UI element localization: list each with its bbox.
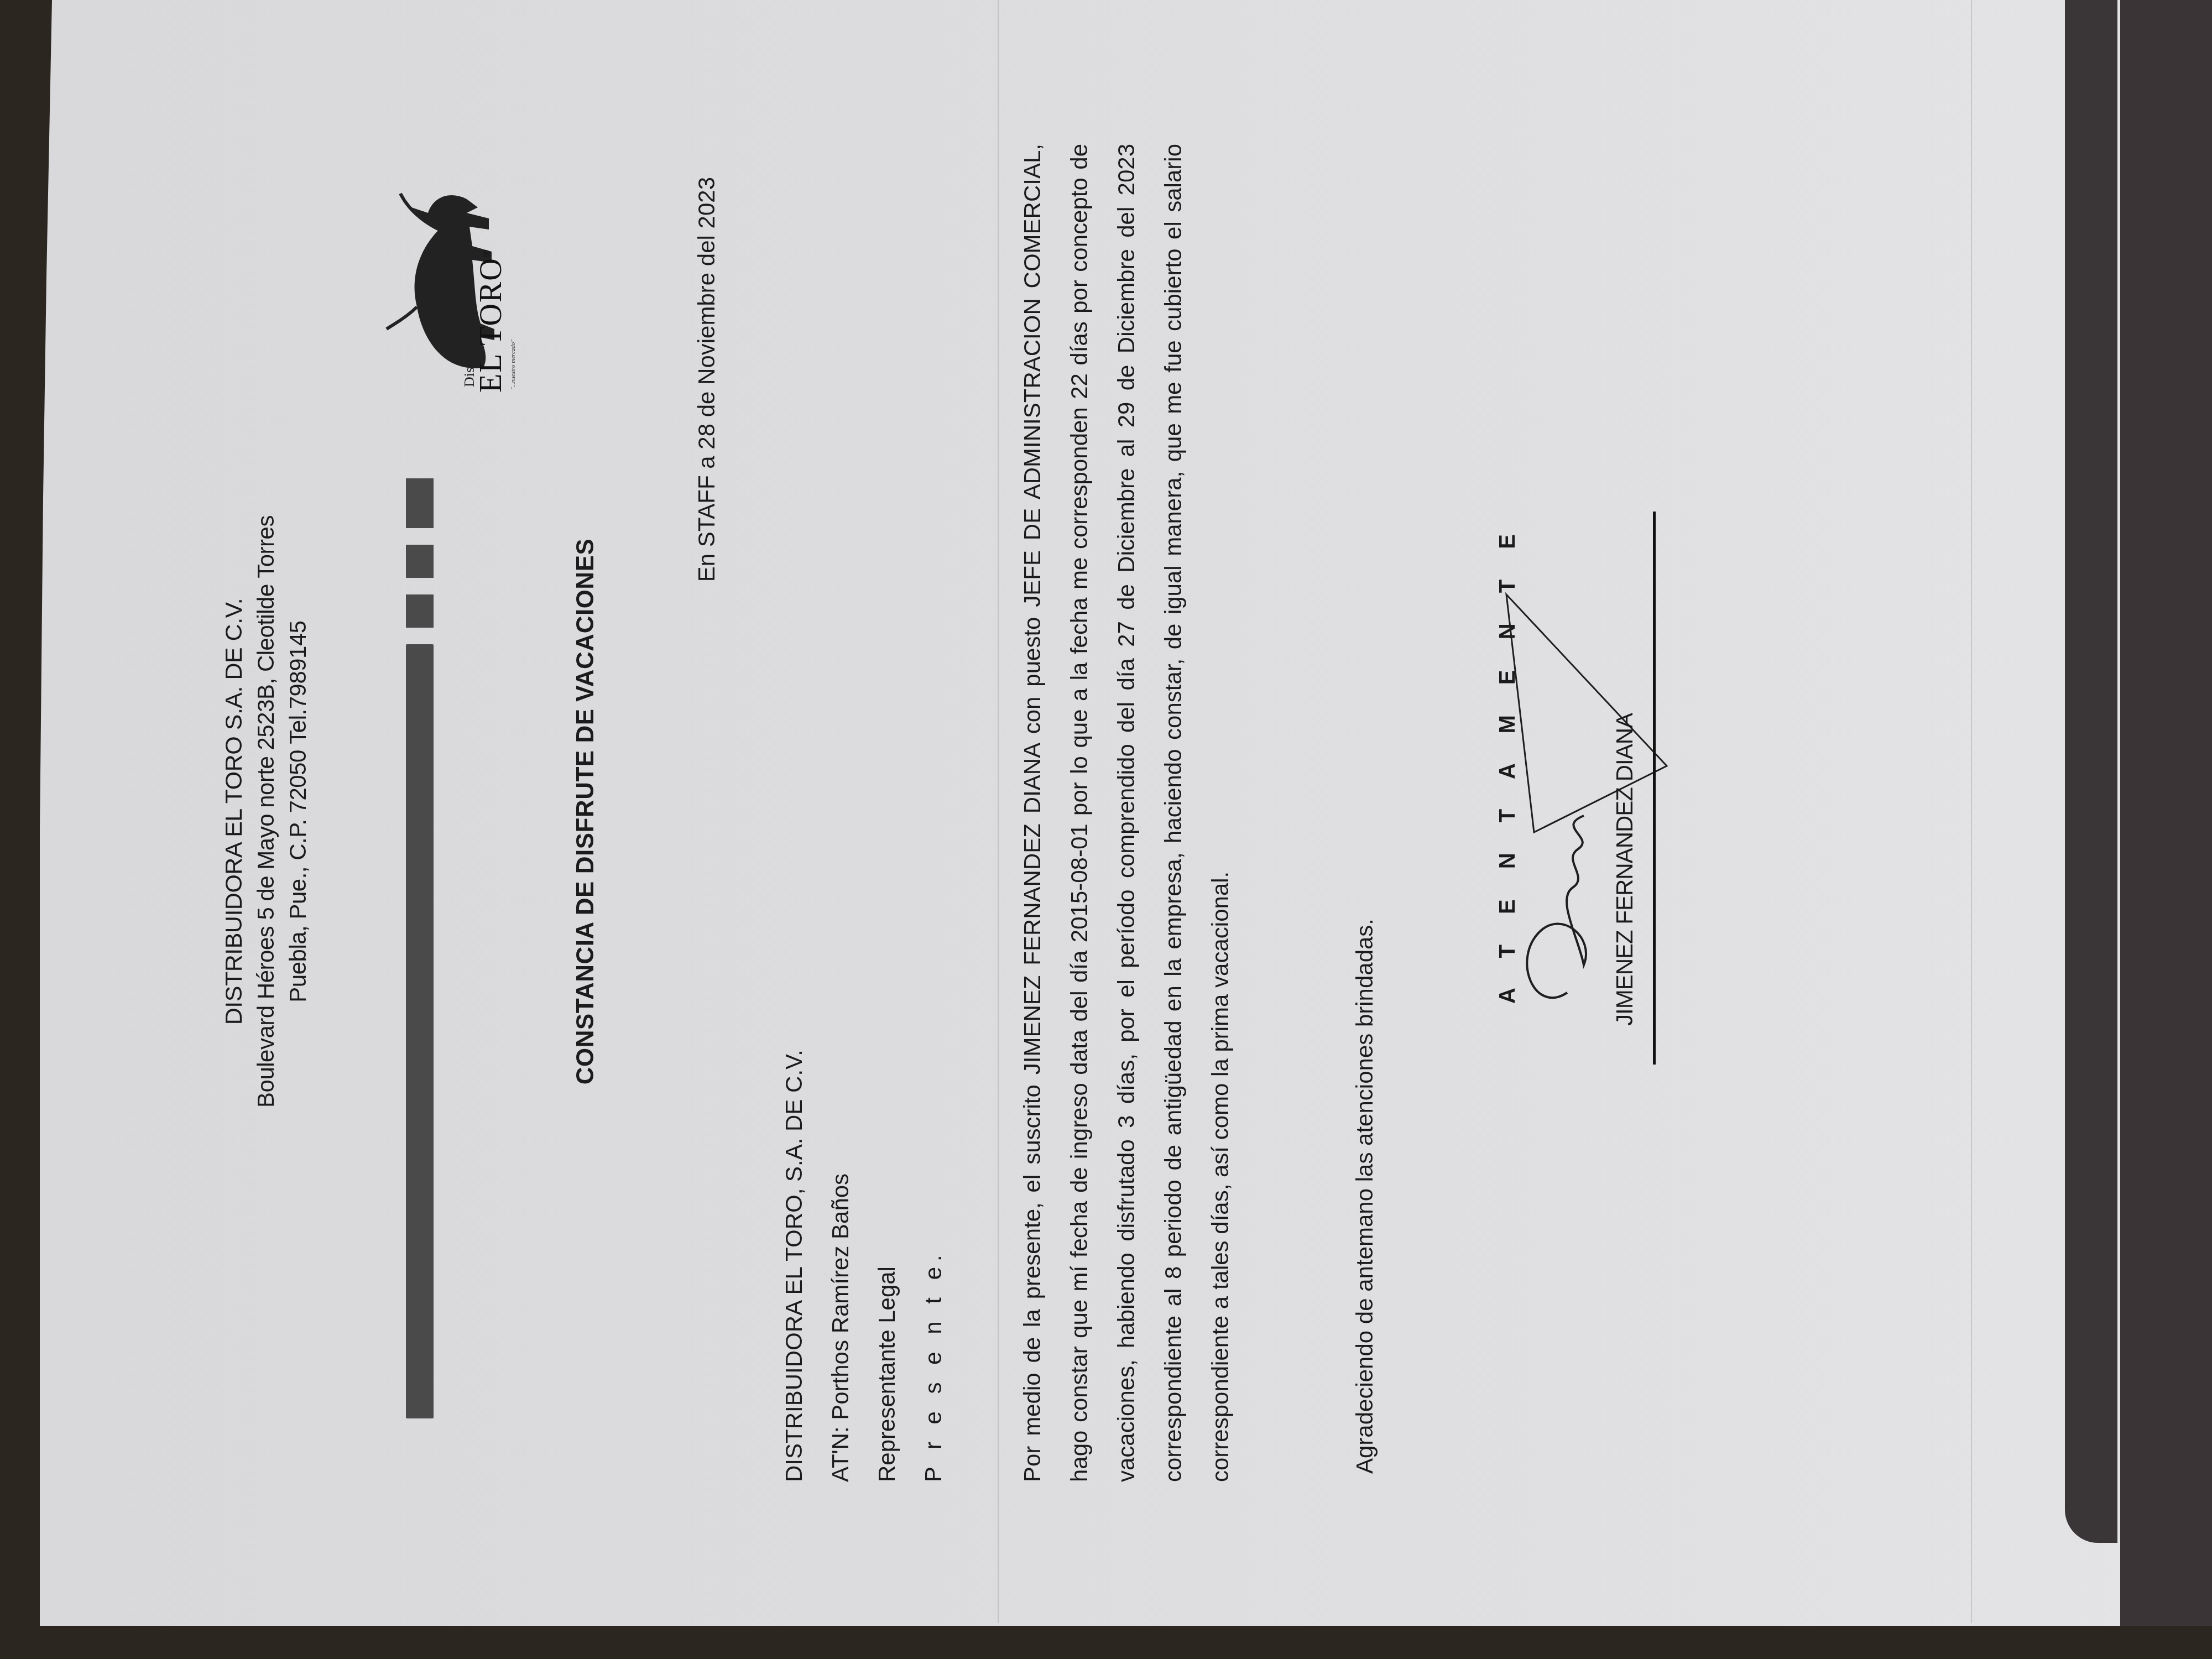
- logo-tagline: "...nuestro mercado": [510, 340, 517, 390]
- logo-brand-text: EL TORO: [474, 257, 508, 393]
- date-line: En STAFF a 28 de Noviembre del 2023: [693, 177, 720, 582]
- letterhead-company: DISTRIBUIDORA EL TORO S.A. DE C.V.: [218, 0, 250, 1623]
- logo-el-toro: EL TORO®: [473, 249, 509, 393]
- document-page: DISTRIBUIDORA EL TORO S.A. DE C.V. Boule…: [80, 0, 2212, 1623]
- fold-line: [1971, 0, 1972, 1623]
- letterhead-address-2: Puebla, Pue., C.P. 72050 Tel.7989145: [282, 0, 314, 1623]
- fold-line: [998, 0, 999, 1623]
- header-bar-segment: [406, 594, 434, 628]
- body-paragraph: Por medio de la presente, el suscrito JI…: [1009, 144, 1244, 1482]
- signer-name: JIMENEZ FERNANDEZ DIANA: [1611, 713, 1638, 1026]
- recipient-company: DISTRIBUIDORA EL TORO, S.A. DE C.V.: [771, 1050, 817, 1482]
- signature-line: [1653, 512, 1656, 1065]
- closing-line: Agradeciendo de antemano las atenciones …: [1352, 919, 1378, 1474]
- recipient-block: DISTRIBUIDORA EL TORO, S.A. DE C.V. AT'N…: [771, 1050, 957, 1482]
- document-title: CONSTANCIA DE DISFRUTE DE VACACIONES: [572, 0, 599, 1623]
- registered-mark: ®: [481, 249, 492, 258]
- letterhead: DISTRIBUIDORA EL TORO S.A. DE C.V. Boule…: [218, 0, 314, 1623]
- recipient-presente: P r e s e n t e.: [910, 1050, 957, 1482]
- recipient-attention: AT'N: Porthos Ramírez Baños: [817, 1050, 864, 1482]
- footer-bar: [2065, 0, 2117, 1543]
- footer-bar-wide: [2120, 0, 2212, 1634]
- recipient-role: Representante Legal: [864, 1050, 910, 1482]
- paper-sheet: DISTRIBUIDORA EL TORO S.A. DE C.V. Boule…: [40, 0, 2212, 1626]
- letterhead-address-1: Boulevard Héroes 5 de Mayo norte 2523B, …: [250, 0, 282, 1623]
- signature-icon: [1501, 572, 1678, 1026]
- header-bar-segment: [406, 545, 434, 578]
- header-bar: [406, 644, 434, 1418]
